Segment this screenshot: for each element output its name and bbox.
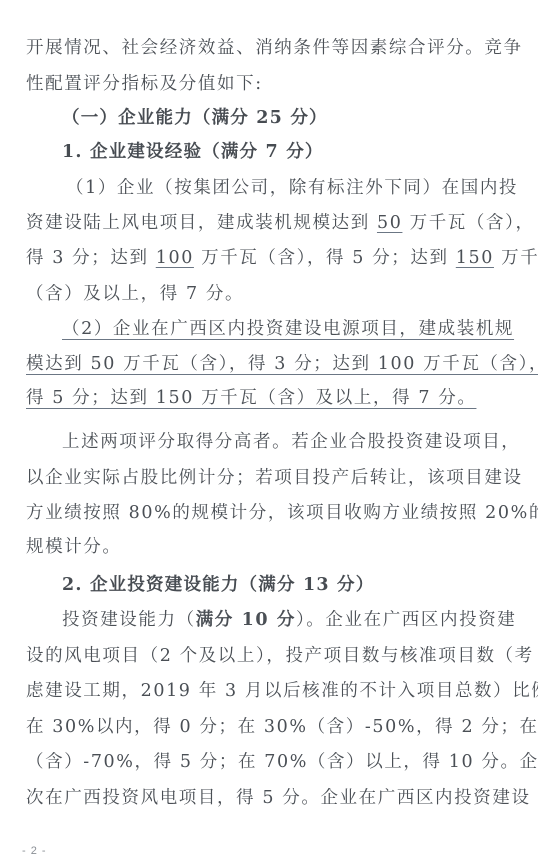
bold-value: 满分 10 分 bbox=[196, 610, 296, 630]
body-text-line: 资建设陆上风电项目，建成装机规模达到 50 万千瓦（含）， bbox=[26, 212, 506, 234]
body-text-line: 规模计分。 bbox=[26, 536, 506, 558]
underlined-clause-line: 模达到 50 万千瓦（含），得 3 分；达到 100 万千瓦（含）， bbox=[26, 353, 506, 375]
section-heading-enterprise-capability: （一）企业能力（满分 25 分） bbox=[62, 107, 538, 129]
body-text-line: 性配置评分指标及分值如下: bbox=[26, 73, 506, 95]
underlined-value: 100 bbox=[156, 248, 194, 268]
underlined-value: 150 bbox=[456, 248, 494, 268]
body-text-line: 设的风电项目（2 个及以上），投产项目数与核准项目数（考 bbox=[26, 645, 506, 667]
body-text-line: 方业绩按照 80%的规模计分，该项目收购方业绩按照 20%的 bbox=[26, 502, 506, 524]
text-segment: ）。企业在广西区内投资建 bbox=[296, 610, 516, 630]
body-text-line: 次在广西投资风电项目，得 5 分。企业在广西区内投资建设 bbox=[26, 787, 506, 809]
underlined-clause-line: 得 5 分；达到 150 万千瓦（含）及以上，得 7 分。 bbox=[26, 387, 506, 409]
document-page: 开展情况、社会经济效益、消纳条件等因素综合评分。竞争 性配置评分指标及分值如下:… bbox=[0, 0, 538, 864]
body-text-line: 以企业实际占股比例计分；若项目投产后转让，该项目建设 bbox=[26, 467, 506, 489]
body-text-line: 开展情况、社会经济效益、消纳条件等因素综合评分。竞争 bbox=[26, 37, 506, 59]
text-segment: 万千瓦（含），得 5 分；达到 bbox=[194, 248, 456, 268]
text-segment: 万千瓦 bbox=[494, 248, 538, 268]
body-text-line: 在 30%以内，得 0 分；在 30%（含）-50%，得 2 分；在 50% bbox=[26, 716, 506, 738]
body-text-line: （1）企业（按集团公司，除有标注外下同）在国内投 bbox=[66, 177, 538, 199]
underlined-value: 50 bbox=[377, 213, 402, 233]
body-text-line: 上述两项评分取得分高者。若企业合股投资建设项目， bbox=[62, 431, 538, 453]
subsection-heading-investment-capability: 2. 企业投资建设能力（满分 13 分） bbox=[62, 574, 538, 596]
text-segment: 投资建设能力（ bbox=[62, 610, 196, 630]
body-text-line: 得 3 分；达到 100 万千瓦（含），得 5 分；达到 150 万千瓦 bbox=[26, 247, 506, 269]
subsection-heading-construction-experience: 1. 企业建设经验（满分 7 分） bbox=[62, 141, 538, 163]
body-text-line: （含）及以上，得 7 分。 bbox=[26, 283, 506, 305]
page-number: - 2 - bbox=[22, 845, 47, 857]
text-segment: 得 3 分；达到 bbox=[26, 248, 156, 268]
body-text-line: 投资建设能力（满分 10 分）。企业在广西区内投资建 bbox=[62, 609, 538, 631]
text-segment: 资建设陆上风电项目，建成装机规模达到 bbox=[26, 213, 377, 233]
body-text-line: 虑建设工期，2019 年 3 月以后核准的不计入项目总数）比例 bbox=[26, 680, 506, 702]
text-segment: 万千瓦（含）， bbox=[402, 213, 534, 233]
body-text-line: （含）-70%，得 5 分；在 70%（含）以上，得 10 分。企业首 bbox=[26, 751, 506, 773]
underlined-clause-line: （2）企业在广西区内投资建设电源项目，建成装机规 bbox=[62, 318, 538, 340]
